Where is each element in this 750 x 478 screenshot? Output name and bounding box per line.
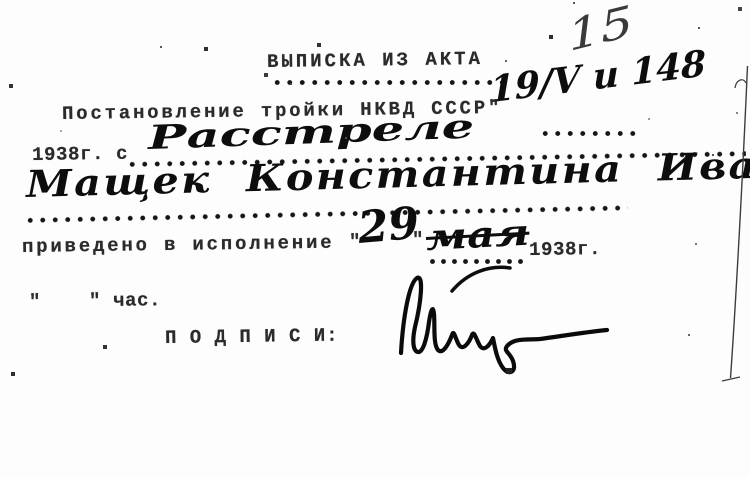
signature-scrawl xyxy=(401,278,607,373)
pen-tail-stroke xyxy=(452,267,510,291)
dotted-leader-short xyxy=(539,130,636,137)
title-underline-dots xyxy=(271,79,505,86)
dotted-leader-month xyxy=(427,258,527,265)
hand-page-number: 15 xyxy=(566,0,635,58)
document-title: ВЫПИСКА ИЗ АКТА xyxy=(267,48,483,73)
signatures-label: П О Д П И С И: xyxy=(165,325,339,349)
typed-hour-line: " " час. xyxy=(29,289,161,313)
paper-edge-curl xyxy=(735,80,746,88)
dotted-leader-line2 xyxy=(24,204,628,224)
hand-name: Мащек Константина Ивановича xyxy=(26,142,750,203)
paper-edge-tick xyxy=(722,377,740,381)
hand-month: мая xyxy=(425,215,530,256)
scanned-document-page: 15 ВЫПИСКА ИЗ АКТА 19/V и 148 Постановле… xyxy=(0,0,750,478)
hand-execution-word: Расстреле xyxy=(147,110,474,154)
close-quote: " xyxy=(412,229,424,251)
paper-edge-line xyxy=(731,66,748,378)
typed-year-after-month: 1938г. xyxy=(529,238,601,261)
scan-noise xyxy=(0,0,2,2)
hand-date-number: 19/V и 148 xyxy=(490,45,707,108)
typed-executed-line: приведено в исполнение xyxy=(22,232,335,258)
